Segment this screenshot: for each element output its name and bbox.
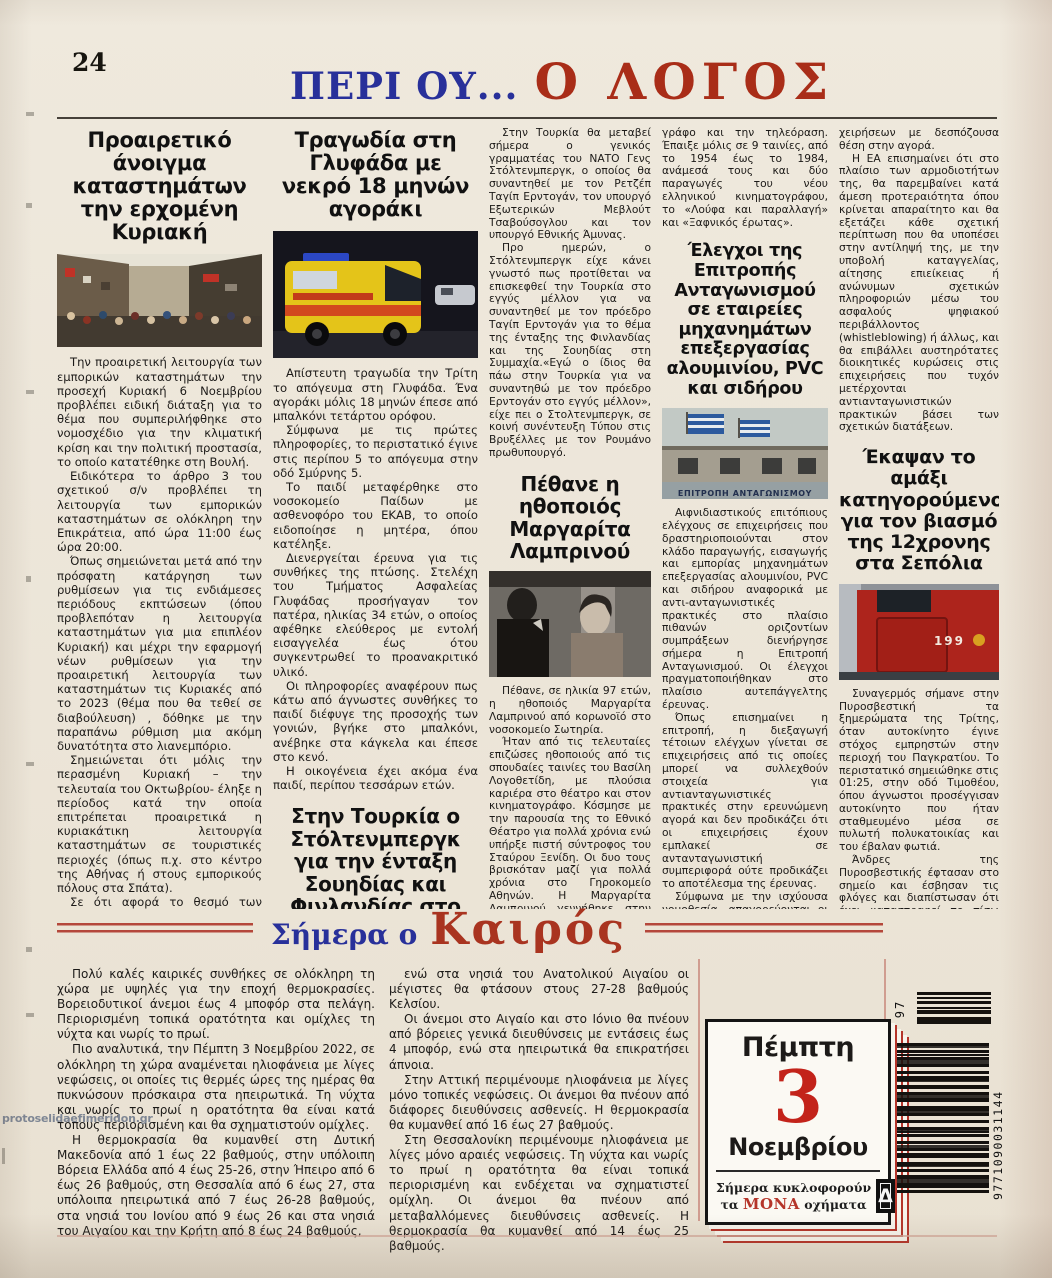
paragraph: Οι πληροφορίες αναφέρουν πως κάτω από άγ… xyxy=(273,679,478,764)
paragraph: Προ ημερών, ο Στόλτενμπεργκ είχε κάνει γ… xyxy=(489,242,651,460)
issue-barcode: 97 9771090031144 xyxy=(893,988,1018,1218)
commission-building-sign: ΕΠΙΤΡΟΠΗ ΑΝΤΑΓΩΝΙΣΜΟΥ xyxy=(662,489,828,498)
note-highlight: ΜΟΝΑ xyxy=(743,1195,800,1213)
headline-shops: Προαιρετικό άνοιγμα καταστημάτων την ερχ… xyxy=(57,129,262,244)
note-pre: τα xyxy=(720,1197,742,1212)
paragraph: Στην Τουρκία θα μεταβεί σήμερα ο γενικός… xyxy=(489,127,651,242)
scan-mark xyxy=(26,390,34,394)
paragraph: Σημειώνεται ότι μόλις την περασμένη Κυρι… xyxy=(57,753,262,895)
calendar-month: Νοεμβρίου xyxy=(714,1133,882,1161)
scan-mark xyxy=(26,762,34,766)
photo-commission-building: ΕΠΙΤΡΟΠΗ ΑΝΤΑΓΩΝΙΣΜΟΥ xyxy=(662,408,828,499)
note-post: οχήματα xyxy=(800,1197,867,1212)
weather-paragraph: Πολύ καλές καιρικές συνθήκες σε ολόκληρη… xyxy=(57,967,375,1042)
note-line1: Σήμερα κυκλοφορούν xyxy=(716,1180,871,1195)
paragraph: Άνδρες της Πυροσβεστικής έφτασαν στο σημ… xyxy=(839,854,999,909)
paragraph: Το παιδί μεταφέρθηκε στο νοσοκομείο Παίδ… xyxy=(273,480,478,551)
headline-commission: Έλεγχοι της Επιτροπής Ανταγωνισμού σε ετ… xyxy=(662,242,828,399)
ambulance-illustration xyxy=(273,231,478,358)
traffic-restriction-note: Σήμερα κυκλοφορούν τα ΜΟΝΑ οχήματα Δ xyxy=(714,1179,882,1213)
paragraph-continuation: χειρήσεων με δεσπόζουσα θέση στην αγορά. xyxy=(839,127,999,153)
barcode-main-digits: 9771090031144 xyxy=(991,1040,1005,1200)
scan-mark xyxy=(26,1013,34,1017)
paragraph: Όπως επισημαίνει η επιτροπή, η διεξαγωγή… xyxy=(662,712,828,891)
masthead: ΠΕΡΙ ΟΥ... Ο ΛΟΓΟΣ xyxy=(290,52,834,111)
weather-body: Πολύ καλές καιρικές συνθήκες σε ολόκληρη… xyxy=(57,967,997,1254)
paragraph: Ειδικότερα το άρθρο 3 του σχετικού σ/ν π… xyxy=(57,469,262,554)
scan-mark xyxy=(2,1148,5,1164)
column-3: Στην Τουρκία θα μεταβεί σήμερα ο γενικός… xyxy=(489,127,651,909)
paragraph: Συναγερμός σήμανε στην Πυροσβεστική τα ξ… xyxy=(839,688,999,854)
weather-title-main: Καιρός xyxy=(430,904,627,955)
headline-arson: Έκαψαν το αμάξι κατηγορούμενου για τον β… xyxy=(839,447,999,575)
headline-glyfada: Τραγωδία στη Γλυφάδα με νεκρό 18 μηνών α… xyxy=(273,129,478,221)
barcode-addon-bars xyxy=(917,992,991,1025)
column-5: χειρήσεων με δεσπόζουσα θέση στην αγορά.… xyxy=(839,127,999,909)
column-1: Προαιρετικό άνοιγμα καταστημάτων την ερχ… xyxy=(57,127,262,909)
paragraph-continuation: γράφο και την τηλεόραση. Έπαιξε μόλις σε… xyxy=(662,127,828,229)
paragraph: Την προαιρετική λειτουργία των εμπορικών… xyxy=(57,355,262,469)
headline-lamprinou: Πέθανε η ηθοποιός Μαργαρίτα Λαμπρινού xyxy=(489,473,651,563)
paragraph: Σύμφωνα με τις πρώτες πληροφορίες, το πε… xyxy=(273,423,478,480)
paragraph: Ήταν από τις τελευταίες επιζώσες ηθοποιο… xyxy=(489,736,651,909)
shopping-street-illustration xyxy=(57,254,262,347)
header-rule xyxy=(57,117,997,119)
column-4: γράφο και την τηλεόραση. Έπαιξε μόλις σε… xyxy=(662,127,828,909)
scan-mark xyxy=(26,112,34,116)
weather-rule-right xyxy=(645,923,883,936)
photo-fire-truck: 199 xyxy=(839,584,999,680)
paragraph: Όπως σημειώνεται μετά από την πρόσφατη κ… xyxy=(57,554,262,753)
photo-ambulance xyxy=(273,231,478,358)
calendar-left-rule xyxy=(698,959,700,1221)
weather-paragraph: Οι άνεμοι στο Αιγαίο και στο Ιόνιο θα πν… xyxy=(389,1012,689,1072)
fire-truck-number: 199 xyxy=(934,634,965,648)
weather-title-prefix: Σήμερα ο xyxy=(271,918,417,951)
photo-shopping-street xyxy=(57,254,262,347)
weather-bottom-rule xyxy=(57,1235,997,1237)
paragraph: Πέθανε, σε ηλικία 97 ετών, η ηθοποιός Μα… xyxy=(489,685,651,736)
page-number: 24 xyxy=(72,48,107,77)
fire-truck-illustration xyxy=(839,584,999,680)
paragraph: Η ΕΑ επισημαίνει ότι στο πλαίσιο των αρμ… xyxy=(839,153,999,435)
weather-column-1: Πολύ καλές καιρικές συνθήκες σε ολόκληρη… xyxy=(57,967,375,1254)
scan-mark xyxy=(26,947,32,952)
headline-nato: Στην Τουρκία ο Στόλτενμπεργκ για την έντ… xyxy=(273,805,478,909)
scan-mark xyxy=(26,203,32,208)
commission-building-illustration xyxy=(662,408,828,499)
paragraph: Η οικογένεια έχει ακόμα ένα παιδί, περίπ… xyxy=(273,764,478,792)
weather-column-2: ενώ στα νησιά του Ανατολικού Αιγαίου οι … xyxy=(389,967,689,1254)
barcode-addon-digits: 97 xyxy=(893,1000,907,1018)
paragraph: Αιφνιδιαστικούς επιτόπιους ελέγχους σε ε… xyxy=(662,507,828,712)
calendar-date: 3 xyxy=(714,1063,882,1131)
weather-paragraph: Στην Αττική περιμένουμε ηλιοφάνεια με λί… xyxy=(389,1073,689,1133)
masthead-title: Ο ΛΟΓΟΣ xyxy=(534,52,834,111)
article-columns: Προαιρετικό άνοιγμα καταστημάτων την ερχ… xyxy=(57,127,999,909)
paragraph: Διενεργείται έρευνα για τις συνθήκες της… xyxy=(273,551,478,679)
weather-paragraph: Η θερμοκρασία θα κυμανθεί στη Δυτική Μακ… xyxy=(57,1133,375,1239)
paragraph: Απίστευτη τραγωδία την Τρίτη το απόγευμα… xyxy=(273,366,478,423)
traffic-restriction-text: Σήμερα κυκλοφορούν τα ΜΟΝΑ οχήματα xyxy=(716,1180,871,1213)
calendar-divider xyxy=(716,1170,880,1172)
weather-paragraph: ενώ στα νησιά του Ανατολικού Αιγαίου οι … xyxy=(389,967,689,1012)
weather-title: Σήμερα ο Καιρός xyxy=(271,904,627,955)
weather-header: Σήμερα ο Καιρός xyxy=(57,905,997,953)
tear-off-calendar: Πέμπτη 3 Νοεμβρίου Σήμερα κυκλοφορούν τα… xyxy=(705,1019,891,1225)
scan-mark xyxy=(26,576,31,582)
column-2: Τραγωδία στη Γλυφάδα με νεκρό 18 μηνών α… xyxy=(273,127,478,909)
weather-rule-left xyxy=(57,923,253,936)
weather-section: Σήμερα ο Καιρός Πολύ καλές καιρικές συνθ… xyxy=(57,905,997,1250)
photo-lamprinou xyxy=(489,571,651,677)
masthead-section-label: ΠΕΡΙ ΟΥ... xyxy=(290,64,518,108)
site-watermark: protoselidaefimeridon.gr xyxy=(2,1112,153,1125)
newspaper-page: 24 ΠΕΡΙ ΟΥ... Ο ΛΟΓΟΣ Προαιρετικό άνοιγμ… xyxy=(0,0,1052,1278)
film-still-illustration xyxy=(489,571,651,677)
barcode-main-bars xyxy=(897,1043,989,1193)
